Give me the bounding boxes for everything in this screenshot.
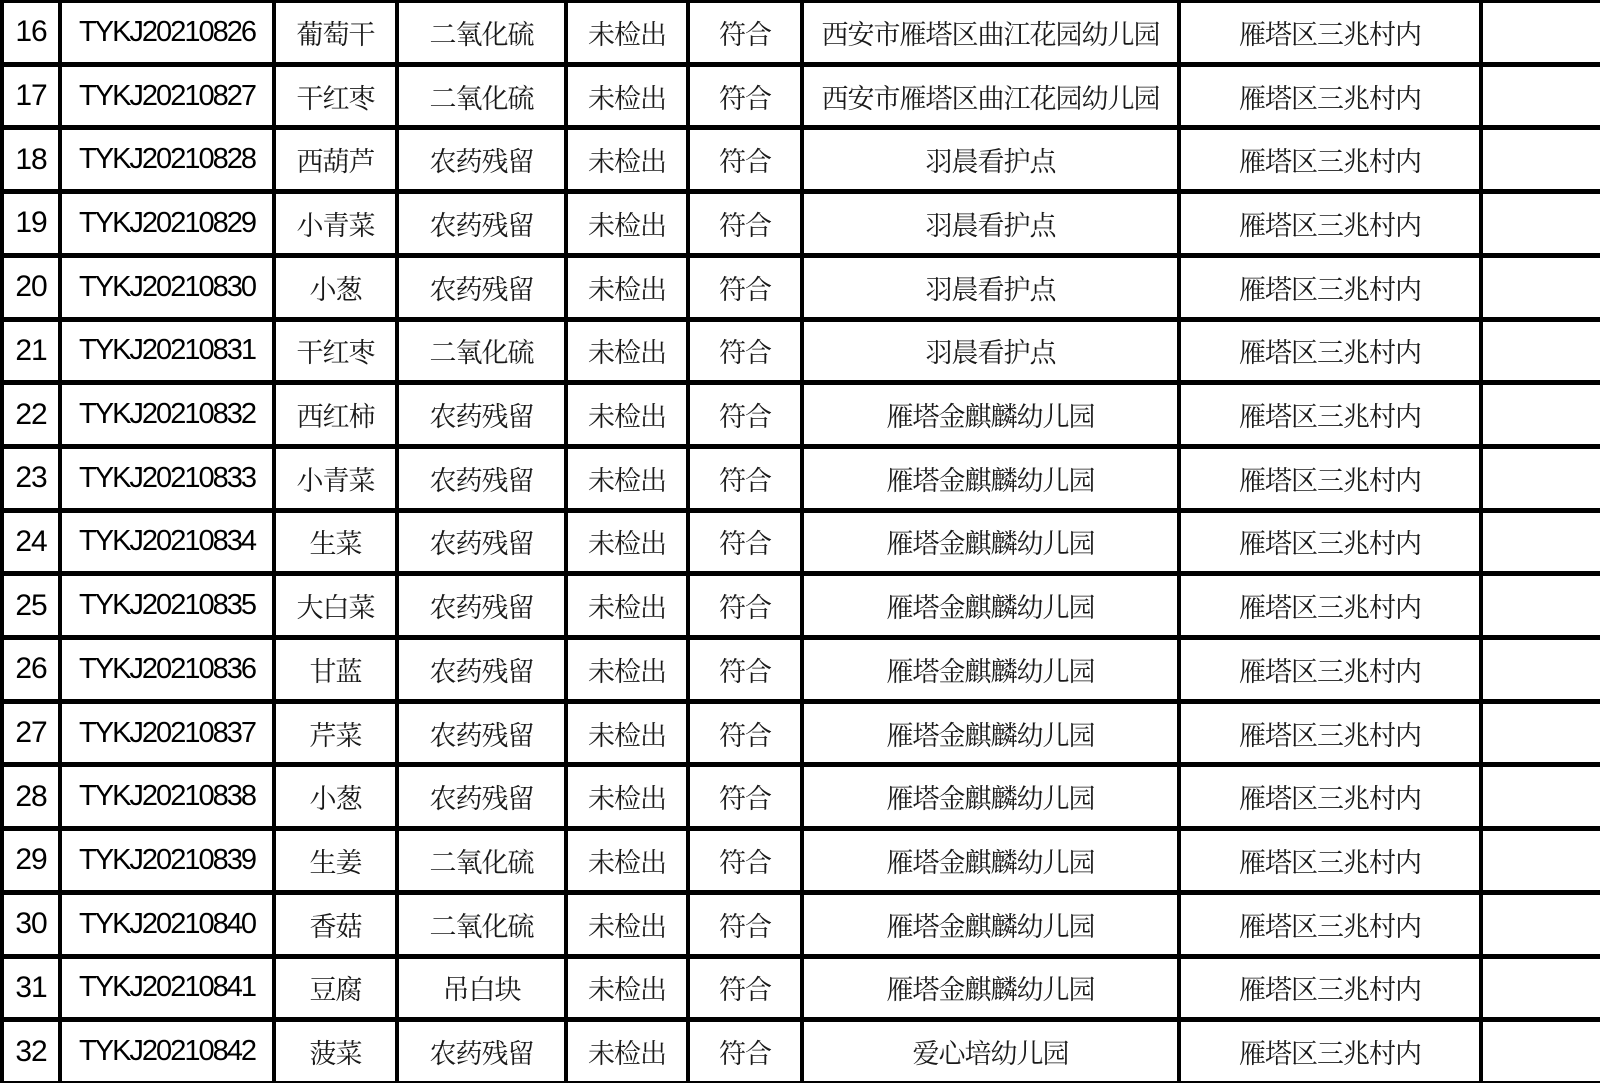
cell-test-result: 未检出 bbox=[566, 892, 688, 956]
cell-sample-id: TYKJ20210828 bbox=[60, 128, 274, 192]
cell-conclusion: 符合 bbox=[688, 192, 802, 256]
table-row: 23 TYKJ20210833 小青菜 农药残留 未检出 符合 雁塔金麒麟幼儿园… bbox=[2, 446, 1600, 510]
cell-test-result: 未检出 bbox=[566, 319, 688, 383]
table-row: 27 TYKJ20210837 芹菜 农药残留 未检出 符合 雁塔金麒麟幼儿园 … bbox=[2, 701, 1600, 765]
cell-test-item: 二氧化硫 bbox=[397, 892, 566, 956]
cell-row-number: 24 bbox=[2, 510, 60, 574]
cell-sample-id: TYKJ20210839 bbox=[60, 829, 274, 893]
cell-sample-name: 干红枣 bbox=[274, 64, 397, 128]
cell-row-number: 19 bbox=[2, 192, 60, 256]
cell-note bbox=[1481, 574, 1600, 638]
cell-test-result: 未检出 bbox=[566, 638, 688, 702]
cell-note bbox=[1481, 1020, 1600, 1083]
cell-note bbox=[1481, 765, 1600, 829]
cell-test-item: 吊白块 bbox=[397, 956, 566, 1020]
records-table-body: 16 TYKJ20210826 葡萄干 二氧化硫 未检出 符合 西安市雁塔区曲江… bbox=[2, 1, 1600, 1083]
cell-test-result: 未检出 bbox=[566, 765, 688, 829]
table-row: 19 TYKJ20210829 小青菜 农药残留 未检出 符合 羽晨看护点 雁塔… bbox=[2, 192, 1600, 256]
cell-conclusion: 符合 bbox=[688, 956, 802, 1020]
cell-note bbox=[1481, 1, 1600, 65]
cell-sample-name: 西红柿 bbox=[274, 383, 397, 447]
cell-sampling-site: 雁塔金麒麟幼儿园 bbox=[802, 510, 1179, 574]
cell-sampling-site: 羽晨看护点 bbox=[802, 192, 1179, 256]
cell-row-number: 27 bbox=[2, 701, 60, 765]
table-row: 17 TYKJ20210827 干红枣 二氧化硫 未检出 符合 西安市雁塔区曲江… bbox=[2, 64, 1600, 128]
cell-row-number: 16 bbox=[2, 1, 60, 65]
cell-row-number: 18 bbox=[2, 128, 60, 192]
cell-sample-id: TYKJ20210832 bbox=[60, 383, 274, 447]
cell-row-number: 32 bbox=[2, 1020, 60, 1083]
cell-address: 雁塔区三兆村内 bbox=[1179, 638, 1481, 702]
cell-test-result: 未检出 bbox=[566, 383, 688, 447]
cell-test-item: 农药残留 bbox=[397, 701, 566, 765]
table-row: 22 TYKJ20210832 西红柿 农药残留 未检出 符合 雁塔金麒麟幼儿园… bbox=[2, 383, 1600, 447]
table-row: 16 TYKJ20210826 葡萄干 二氧化硫 未检出 符合 西安市雁塔区曲江… bbox=[2, 1, 1600, 65]
cell-test-item: 农药残留 bbox=[397, 574, 566, 638]
cell-sample-name: 芹菜 bbox=[274, 701, 397, 765]
cell-sampling-site: 雁塔金麒麟幼儿园 bbox=[802, 956, 1179, 1020]
cell-conclusion: 符合 bbox=[688, 319, 802, 383]
cell-conclusion: 符合 bbox=[688, 1, 802, 65]
cell-note bbox=[1481, 446, 1600, 510]
cell-test-item: 二氧化硫 bbox=[397, 829, 566, 893]
cell-sample-id: TYKJ20210831 bbox=[60, 319, 274, 383]
table-row: 32 TYKJ20210842 菠菜 农药残留 未检出 符合 爱心培幼儿园 雁塔… bbox=[2, 1020, 1600, 1083]
cell-sampling-site: 雁塔金麒麟幼儿园 bbox=[802, 383, 1179, 447]
cell-conclusion: 符合 bbox=[688, 701, 802, 765]
inspection-records-table: 16 TYKJ20210826 葡萄干 二氧化硫 未检出 符合 西安市雁塔区曲江… bbox=[0, 0, 1600, 1083]
cell-note bbox=[1481, 319, 1600, 383]
cell-address: 雁塔区三兆村内 bbox=[1179, 192, 1481, 256]
cell-note bbox=[1481, 255, 1600, 319]
cell-conclusion: 符合 bbox=[688, 510, 802, 574]
cell-address: 雁塔区三兆村内 bbox=[1179, 255, 1481, 319]
cell-conclusion: 符合 bbox=[688, 128, 802, 192]
cell-sample-name: 小青菜 bbox=[274, 446, 397, 510]
cell-address: 雁塔区三兆村内 bbox=[1179, 701, 1481, 765]
cell-address: 雁塔区三兆村内 bbox=[1179, 765, 1481, 829]
cell-conclusion: 符合 bbox=[688, 446, 802, 510]
cell-sample-id: TYKJ20210826 bbox=[60, 1, 274, 65]
cell-sampling-site: 羽晨看护点 bbox=[802, 255, 1179, 319]
cell-address: 雁塔区三兆村内 bbox=[1179, 1, 1481, 65]
cell-address: 雁塔区三兆村内 bbox=[1179, 446, 1481, 510]
cell-conclusion: 符合 bbox=[688, 829, 802, 893]
cell-sample-id: TYKJ20210837 bbox=[60, 701, 274, 765]
cell-address: 雁塔区三兆村内 bbox=[1179, 956, 1481, 1020]
cell-sample-id: TYKJ20210833 bbox=[60, 446, 274, 510]
cell-sample-name: 甘蓝 bbox=[274, 638, 397, 702]
cell-test-item: 农药残留 bbox=[397, 383, 566, 447]
cell-test-item: 农药残留 bbox=[397, 192, 566, 256]
cell-address: 雁塔区三兆村内 bbox=[1179, 892, 1481, 956]
cell-sample-name: 大白菜 bbox=[274, 574, 397, 638]
cell-row-number: 20 bbox=[2, 255, 60, 319]
cell-note bbox=[1481, 510, 1600, 574]
cell-test-result: 未检出 bbox=[566, 446, 688, 510]
cell-address: 雁塔区三兆村内 bbox=[1179, 1020, 1481, 1083]
cell-sample-name: 小葱 bbox=[274, 255, 397, 319]
cell-test-item: 农药残留 bbox=[397, 255, 566, 319]
cell-address: 雁塔区三兆村内 bbox=[1179, 574, 1481, 638]
cell-conclusion: 符合 bbox=[688, 383, 802, 447]
cell-sample-id: TYKJ20210830 bbox=[60, 255, 274, 319]
cell-test-result: 未检出 bbox=[566, 829, 688, 893]
cell-row-number: 25 bbox=[2, 574, 60, 638]
cell-row-number: 23 bbox=[2, 446, 60, 510]
table-row: 31 TYKJ20210841 豆腐 吊白块 未检出 符合 雁塔金麒麟幼儿园 雁… bbox=[2, 956, 1600, 1020]
cell-sample-name: 干红枣 bbox=[274, 319, 397, 383]
cell-sample-id: TYKJ20210829 bbox=[60, 192, 274, 256]
cell-address: 雁塔区三兆村内 bbox=[1179, 64, 1481, 128]
cell-test-result: 未检出 bbox=[566, 510, 688, 574]
cell-note bbox=[1481, 701, 1600, 765]
cell-sample-name: 豆腐 bbox=[274, 956, 397, 1020]
cell-row-number: 31 bbox=[2, 956, 60, 1020]
table-row: 24 TYKJ20210834 生菜 农药残留 未检出 符合 雁塔金麒麟幼儿园 … bbox=[2, 510, 1600, 574]
cell-note bbox=[1481, 128, 1600, 192]
cell-sampling-site: 雁塔金麒麟幼儿园 bbox=[802, 701, 1179, 765]
cell-note bbox=[1481, 638, 1600, 702]
cell-address: 雁塔区三兆村内 bbox=[1179, 128, 1481, 192]
cell-test-result: 未检出 bbox=[566, 574, 688, 638]
cell-conclusion: 符合 bbox=[688, 574, 802, 638]
cell-note bbox=[1481, 956, 1600, 1020]
cell-test-item: 农药残留 bbox=[397, 446, 566, 510]
cell-conclusion: 符合 bbox=[688, 638, 802, 702]
cell-test-item: 二氧化硫 bbox=[397, 64, 566, 128]
cell-note bbox=[1481, 383, 1600, 447]
cell-sample-id: TYKJ20210838 bbox=[60, 765, 274, 829]
cell-test-result: 未检出 bbox=[566, 64, 688, 128]
cell-row-number: 28 bbox=[2, 765, 60, 829]
cell-sample-id: TYKJ20210842 bbox=[60, 1020, 274, 1083]
cell-address: 雁塔区三兆村内 bbox=[1179, 829, 1481, 893]
cell-sampling-site: 雁塔金麒麟幼儿园 bbox=[802, 765, 1179, 829]
cell-sample-name: 香菇 bbox=[274, 892, 397, 956]
cell-sample-id: TYKJ20210841 bbox=[60, 956, 274, 1020]
cell-test-result: 未检出 bbox=[566, 1, 688, 65]
cell-sample-name: 生姜 bbox=[274, 829, 397, 893]
cell-test-item: 农药残留 bbox=[397, 638, 566, 702]
cell-row-number: 22 bbox=[2, 383, 60, 447]
cell-sample-id: TYKJ20210827 bbox=[60, 64, 274, 128]
cell-sample-name: 小葱 bbox=[274, 765, 397, 829]
table-row: 28 TYKJ20210838 小葱 农药残留 未检出 符合 雁塔金麒麟幼儿园 … bbox=[2, 765, 1600, 829]
cell-test-item: 农药残留 bbox=[397, 510, 566, 574]
cell-sampling-site: 雁塔金麒麟幼儿园 bbox=[802, 638, 1179, 702]
document-page: 16 TYKJ20210826 葡萄干 二氧化硫 未检出 符合 西安市雁塔区曲江… bbox=[0, 0, 1600, 1083]
cell-row-number: 30 bbox=[2, 892, 60, 956]
cell-test-item: 农药残留 bbox=[397, 1020, 566, 1083]
cell-sample-name: 生菜 bbox=[274, 510, 397, 574]
cell-sample-id: TYKJ20210835 bbox=[60, 574, 274, 638]
table-row: 21 TYKJ20210831 干红枣 二氧化硫 未检出 符合 羽晨看护点 雁塔… bbox=[2, 319, 1600, 383]
cell-test-result: 未检出 bbox=[566, 1020, 688, 1083]
cell-note bbox=[1481, 64, 1600, 128]
cell-test-result: 未检出 bbox=[566, 192, 688, 256]
cell-note bbox=[1481, 892, 1600, 956]
cell-sampling-site: 羽晨看护点 bbox=[802, 128, 1179, 192]
cell-test-item: 农药残留 bbox=[397, 765, 566, 829]
cell-sampling-site: 爱心培幼儿园 bbox=[802, 1020, 1179, 1083]
cell-sampling-site: 雁塔金麒麟幼儿园 bbox=[802, 446, 1179, 510]
cell-address: 雁塔区三兆村内 bbox=[1179, 319, 1481, 383]
cell-sample-name: 葡萄干 bbox=[274, 1, 397, 65]
cell-sampling-site: 羽晨看护点 bbox=[802, 319, 1179, 383]
table-row: 30 TYKJ20210840 香菇 二氧化硫 未检出 符合 雁塔金麒麟幼儿园 … bbox=[2, 892, 1600, 956]
cell-sample-id: TYKJ20210836 bbox=[60, 638, 274, 702]
table-row: 26 TYKJ20210836 甘蓝 农药残留 未检出 符合 雁塔金麒麟幼儿园 … bbox=[2, 638, 1600, 702]
cell-test-result: 未检出 bbox=[566, 128, 688, 192]
cell-test-result: 未检出 bbox=[566, 956, 688, 1020]
cell-row-number: 26 bbox=[2, 638, 60, 702]
cell-sampling-site: 西安市雁塔区曲江花园幼儿园 bbox=[802, 64, 1179, 128]
cell-conclusion: 符合 bbox=[688, 255, 802, 319]
cell-address: 雁塔区三兆村内 bbox=[1179, 510, 1481, 574]
cell-sampling-site: 西安市雁塔区曲江花园幼儿园 bbox=[802, 1, 1179, 65]
cell-test-result: 未检出 bbox=[566, 255, 688, 319]
cell-test-item: 农药残留 bbox=[397, 128, 566, 192]
cell-conclusion: 符合 bbox=[688, 64, 802, 128]
cell-test-result: 未检出 bbox=[566, 701, 688, 765]
cell-sampling-site: 雁塔金麒麟幼儿园 bbox=[802, 829, 1179, 893]
table-row: 25 TYKJ20210835 大白菜 农药残留 未检出 符合 雁塔金麒麟幼儿园… bbox=[2, 574, 1600, 638]
cell-test-item: 二氧化硫 bbox=[397, 319, 566, 383]
cell-note bbox=[1481, 192, 1600, 256]
cell-test-item: 二氧化硫 bbox=[397, 1, 566, 65]
table-row: 29 TYKJ20210839 生姜 二氧化硫 未检出 符合 雁塔金麒麟幼儿园 … bbox=[2, 829, 1600, 893]
cell-sample-name: 小青菜 bbox=[274, 192, 397, 256]
cell-conclusion: 符合 bbox=[688, 765, 802, 829]
cell-row-number: 21 bbox=[2, 319, 60, 383]
cell-address: 雁塔区三兆村内 bbox=[1179, 383, 1481, 447]
cell-conclusion: 符合 bbox=[688, 892, 802, 956]
cell-sampling-site: 雁塔金麒麟幼儿园 bbox=[802, 574, 1179, 638]
table-row: 20 TYKJ20210830 小葱 农药残留 未检出 符合 羽晨看护点 雁塔区… bbox=[2, 255, 1600, 319]
cell-row-number: 29 bbox=[2, 829, 60, 893]
cell-sample-id: TYKJ20210834 bbox=[60, 510, 274, 574]
cell-sample-name: 菠菜 bbox=[274, 1020, 397, 1083]
cell-conclusion: 符合 bbox=[688, 1020, 802, 1083]
cell-note bbox=[1481, 829, 1600, 893]
cell-sample-id: TYKJ20210840 bbox=[60, 892, 274, 956]
table-row: 18 TYKJ20210828 西葫芦 农药残留 未检出 符合 羽晨看护点 雁塔… bbox=[2, 128, 1600, 192]
cell-sampling-site: 雁塔金麒麟幼儿园 bbox=[802, 892, 1179, 956]
cell-sample-name: 西葫芦 bbox=[274, 128, 397, 192]
cell-row-number: 17 bbox=[2, 64, 60, 128]
